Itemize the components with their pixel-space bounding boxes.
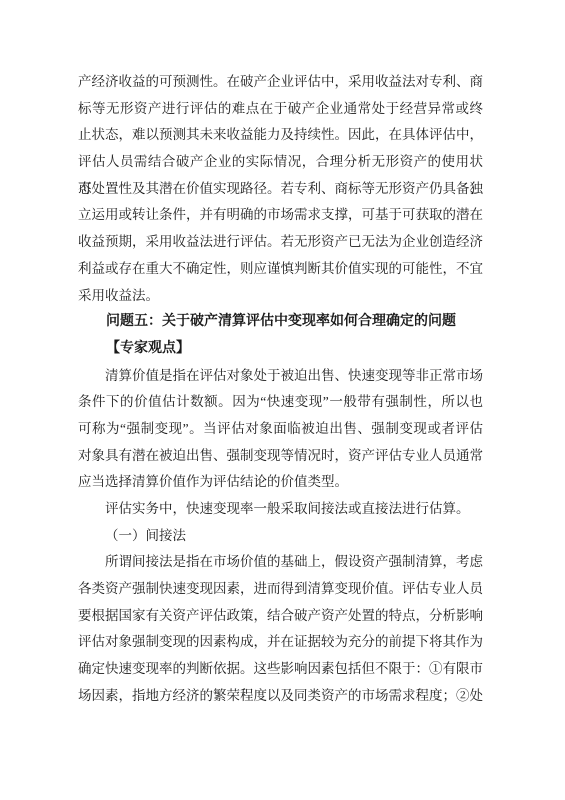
text-line: 评估对象强制变现的因素构成，并在证据较为充分的前提下将其作为 [78, 629, 483, 656]
text-line: 标等无形资产进行评估的难点在于破产企业通常处于经营异常或终 [78, 96, 483, 123]
text-block: 产经济收益的可预测性。在破产企业评估中，采用收益法对专利、商 标等无形资产进行评… [78, 69, 483, 710]
text-line: 产经济收益的可预测性。在破产企业评估中，采用收益法对专利、商 [78, 69, 483, 96]
text-line: 条件下的价值估计数额。因为“快速变现”一般带有强制性，所以也 [78, 389, 483, 416]
text-line: 清算价值是指在评估对象处于被迫出售、快速变现等非正常市场 [78, 363, 483, 390]
section-heading-question-five: 问题五：关于破产清算评估中变现率如何合理确定的问题 [78, 309, 483, 336]
text-line: 对象具有潜在被迫出售、强制变现等情况时，资产评估专业人员通常 [78, 443, 483, 470]
text-line: 确定快速变现率的判断依据。这些影响因素包括但不限于：①有限市 [78, 656, 483, 683]
text-line: 止状态，难以预测其未来收益能力及持续性。因此，在具体评估中， [78, 122, 483, 149]
text-line: 可称为“强制变现”。当评估对象面临被迫出售、强制变现或者评估 [78, 416, 483, 443]
subsection-heading-expert-opinion: 【专家观点】 [78, 336, 483, 363]
text-line: 场因素，指地方经济的繁荣程度以及同类资产的市场需求程度；②处 [78, 683, 483, 710]
text-line: 可处置性及其潜在价值实现路径。若专利、商标等无形资产仍具备独 [78, 176, 483, 203]
text-line: 收益预期，采用收益法进行评估。若无形资产已无法为企业创造经济 [78, 229, 483, 256]
text-line: 利益或存在重大不确定性，则应谨慎判断其价值实现的可能性，不宜 [78, 256, 483, 283]
text-line: 各类资产强制快速变现因素，进而得到清算变现价值。评估专业人员 [78, 576, 483, 603]
text-line: 评估人员需结合破产企业的实际情况，合理分析无形资产的使用状态、 [78, 149, 483, 176]
paragraph-income-approach-continuation: 产经济收益的可预测性。在破产企业评估中，采用收益法对专利、商 标等无形资产进行评… [78, 69, 483, 309]
text-line: 所谓间接法是指在市场价值的基础上，假设资产强制清算，考虑 [78, 549, 483, 576]
paragraph-estimation-methods-intro: 评估实务中，快速变现率一般采取间接法或直接法进行估算。 [78, 496, 483, 523]
paragraph-liquidation-value-definition: 清算价值是指在评估对象处于被迫出售、快速变现等非正常市场 条件下的价值估计数额。… [78, 363, 483, 496]
list-heading-indirect-method: （一）间接法 [78, 523, 483, 550]
document-page: 产经济收益的可预测性。在破产企业评估中，采用收益法对专利、商 标等无形资产进行评… [0, 0, 565, 800]
text-line: 应当选择清算价值作为评估结论的价值类型。 [78, 469, 483, 496]
paragraph-indirect-method-description: 所谓间接法是指在市场价值的基础上，假设资产强制清算，考虑 各类资产强制快速变现因… [78, 549, 483, 709]
text-line: 立运用或转让条件，并有明确的市场需求支撑，可基于可获取的潜在 [78, 202, 483, 229]
text-line: 采用收益法。 [78, 283, 483, 310]
text-line: 要根据国家有关资产评估政策，结合破产资产处置的特点，分析影响 [78, 603, 483, 630]
